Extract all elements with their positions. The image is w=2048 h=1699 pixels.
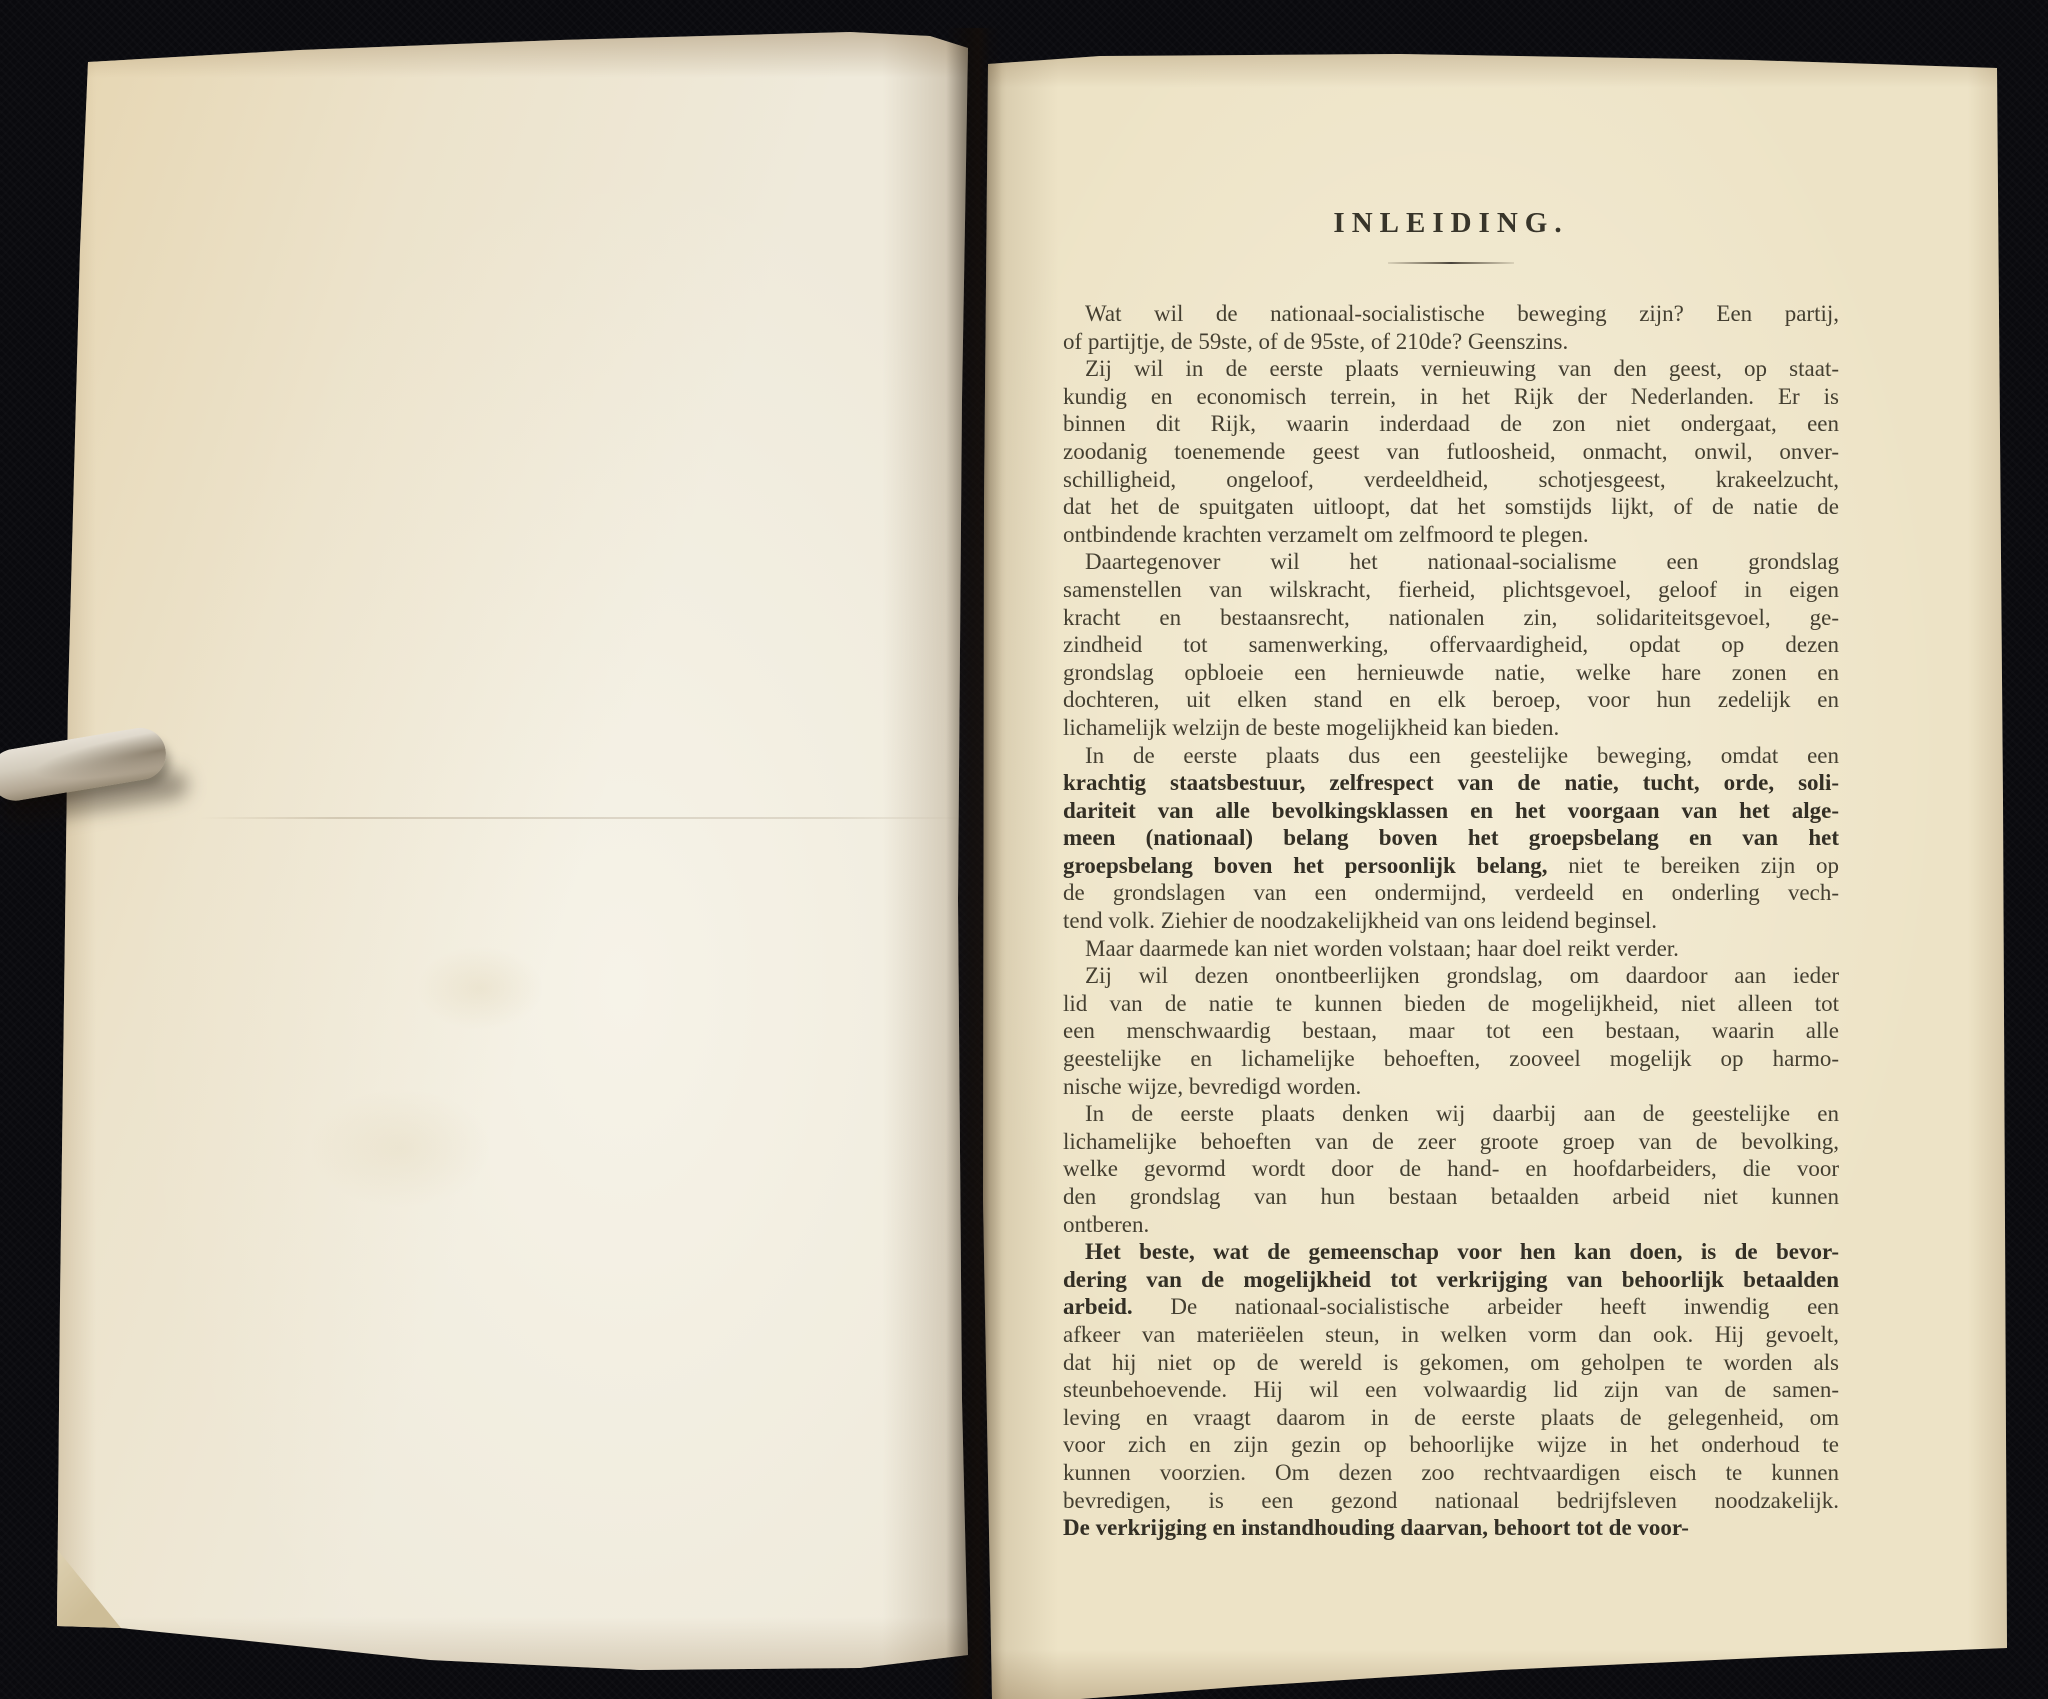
- text-line: bevredigen, is een gezond nationaal bedr…: [1063, 1487, 1839, 1515]
- text-line: tend volk. Ziehier de noodzakelijkheid v…: [1063, 907, 1839, 935]
- text-line: De verkrijging en instandhouding daarvan…: [1063, 1514, 1839, 1542]
- body-text: Wat wil de nationaal-socialistische bewe…: [1063, 300, 1839, 1542]
- page-crease: [200, 817, 966, 819]
- text-line: krachtig staatsbestuur, zelfrespect van …: [1063, 769, 1839, 797]
- text-line: In de eerste plaats denken wij daarbij a…: [1063, 1100, 1839, 1128]
- text-line: Daartegenover wil het nationaal-socialis…: [1063, 548, 1839, 576]
- text-line: geestelijke en lichamelijke behoeften, z…: [1063, 1045, 1839, 1073]
- text-line: kracht en bestaansrecht, nationalen zin,…: [1063, 604, 1839, 632]
- text-line: schilligheid, ongeloof, verdeeldheid, sc…: [1063, 466, 1839, 494]
- text-line: kundig en economisch terrein, in het Rij…: [1063, 383, 1839, 411]
- text-line: Maar daarmede kan niet worden volstaan; …: [1063, 935, 1839, 963]
- text-line: dering van de mogelijkheid tot verkrijgi…: [1063, 1266, 1839, 1294]
- text-line: kunnen voorzien. Om dezen zoo rechtvaard…: [1063, 1459, 1839, 1487]
- text-line: Het beste, wat de gemeenschap voor hen k…: [1063, 1238, 1839, 1266]
- text-line: binnen dit Rijk, waarin inderdaad de zon…: [1063, 410, 1839, 438]
- text-line: voor zich en zijn gezin op behoorlijke w…: [1063, 1431, 1839, 1459]
- text-line: een menschwaardig bestaan, maar tot een …: [1063, 1017, 1839, 1045]
- text-line: Zij wil dezen onontbeerlijken grondslag,…: [1063, 962, 1839, 990]
- text-line: lichamelijke behoeften van de zeer groot…: [1063, 1128, 1839, 1156]
- text-line: Zij wil in de eerste plaats vernieuwing …: [1063, 355, 1839, 383]
- title-divider: [1388, 262, 1514, 264]
- page-content: INLEIDING. Wat wil de nationaal-socialis…: [1063, 206, 1839, 1542]
- book-photo-scene: INLEIDING. Wat wil de nationaal-socialis…: [0, 0, 2048, 1699]
- text-line: leving en vraagt daarom in de eerste pla…: [1063, 1404, 1839, 1432]
- text-line: samenstellen van wilskracht, fierheid, p…: [1063, 576, 1839, 604]
- text-line: zoodanig toenemende geest van futlooshei…: [1063, 438, 1839, 466]
- text-line: dariteit van alle bevolkingsklassen en h…: [1063, 797, 1839, 825]
- text-line: lid van de natie te kunnen bieden de mog…: [1063, 990, 1839, 1018]
- text-line: meen (nationaal) belang boven het groeps…: [1063, 824, 1839, 852]
- folded-corner: [47, 1537, 121, 1628]
- text-line: dochteren, uit elken stand en elk beroep…: [1063, 686, 1839, 714]
- text-line: of partijtje, de 59ste, of de 95ste, of …: [1063, 328, 1839, 356]
- text-line: steunbehoevende. Hij wil een volwaardig …: [1063, 1376, 1839, 1404]
- text-line: ontbindende krachten verzamelt om zelfmo…: [1063, 521, 1839, 549]
- text-line: lichamelijk welzijn de beste mogelijkhei…: [1063, 714, 1839, 742]
- chapter-title: INLEIDING.: [1063, 206, 1839, 240]
- text-line: nische wijze, bevredigd worden.: [1063, 1073, 1839, 1101]
- text-line: den grondslag van hun bestaan betaalden …: [1063, 1183, 1839, 1211]
- text-line: ontberen.: [1063, 1211, 1839, 1239]
- text-line: de grondslagen van een ondermijnd, verde…: [1063, 879, 1839, 907]
- text-line: arbeid. De nationaal-socialistische arbe…: [1063, 1293, 1839, 1321]
- text-line: grondslag opbloeie een hernieuwde natie,…: [1063, 659, 1839, 687]
- text-line: Wat wil de nationaal-socialistische bewe…: [1063, 300, 1839, 328]
- right-page: INLEIDING. Wat wil de nationaal-socialis…: [975, 38, 2020, 1699]
- text-line: dat hij niet op de wereld is gekomen, om…: [1063, 1349, 1839, 1377]
- text-line: In de eerste plaats dus een geestelijke …: [1063, 742, 1839, 770]
- text-line: dat het de spuitgaten uitloopt, dat het …: [1063, 493, 1839, 521]
- text-line: zindheid tot samenwerking, offervaardigh…: [1063, 631, 1839, 659]
- left-page-blank: [50, 28, 975, 1683]
- text-line: groepsbelang boven het persoonlijk belan…: [1063, 852, 1839, 880]
- text-line: welke gevormd wordt door de hand- en hoo…: [1063, 1155, 1839, 1183]
- text-line: afkeer van materiëelen steun, in welken …: [1063, 1321, 1839, 1349]
